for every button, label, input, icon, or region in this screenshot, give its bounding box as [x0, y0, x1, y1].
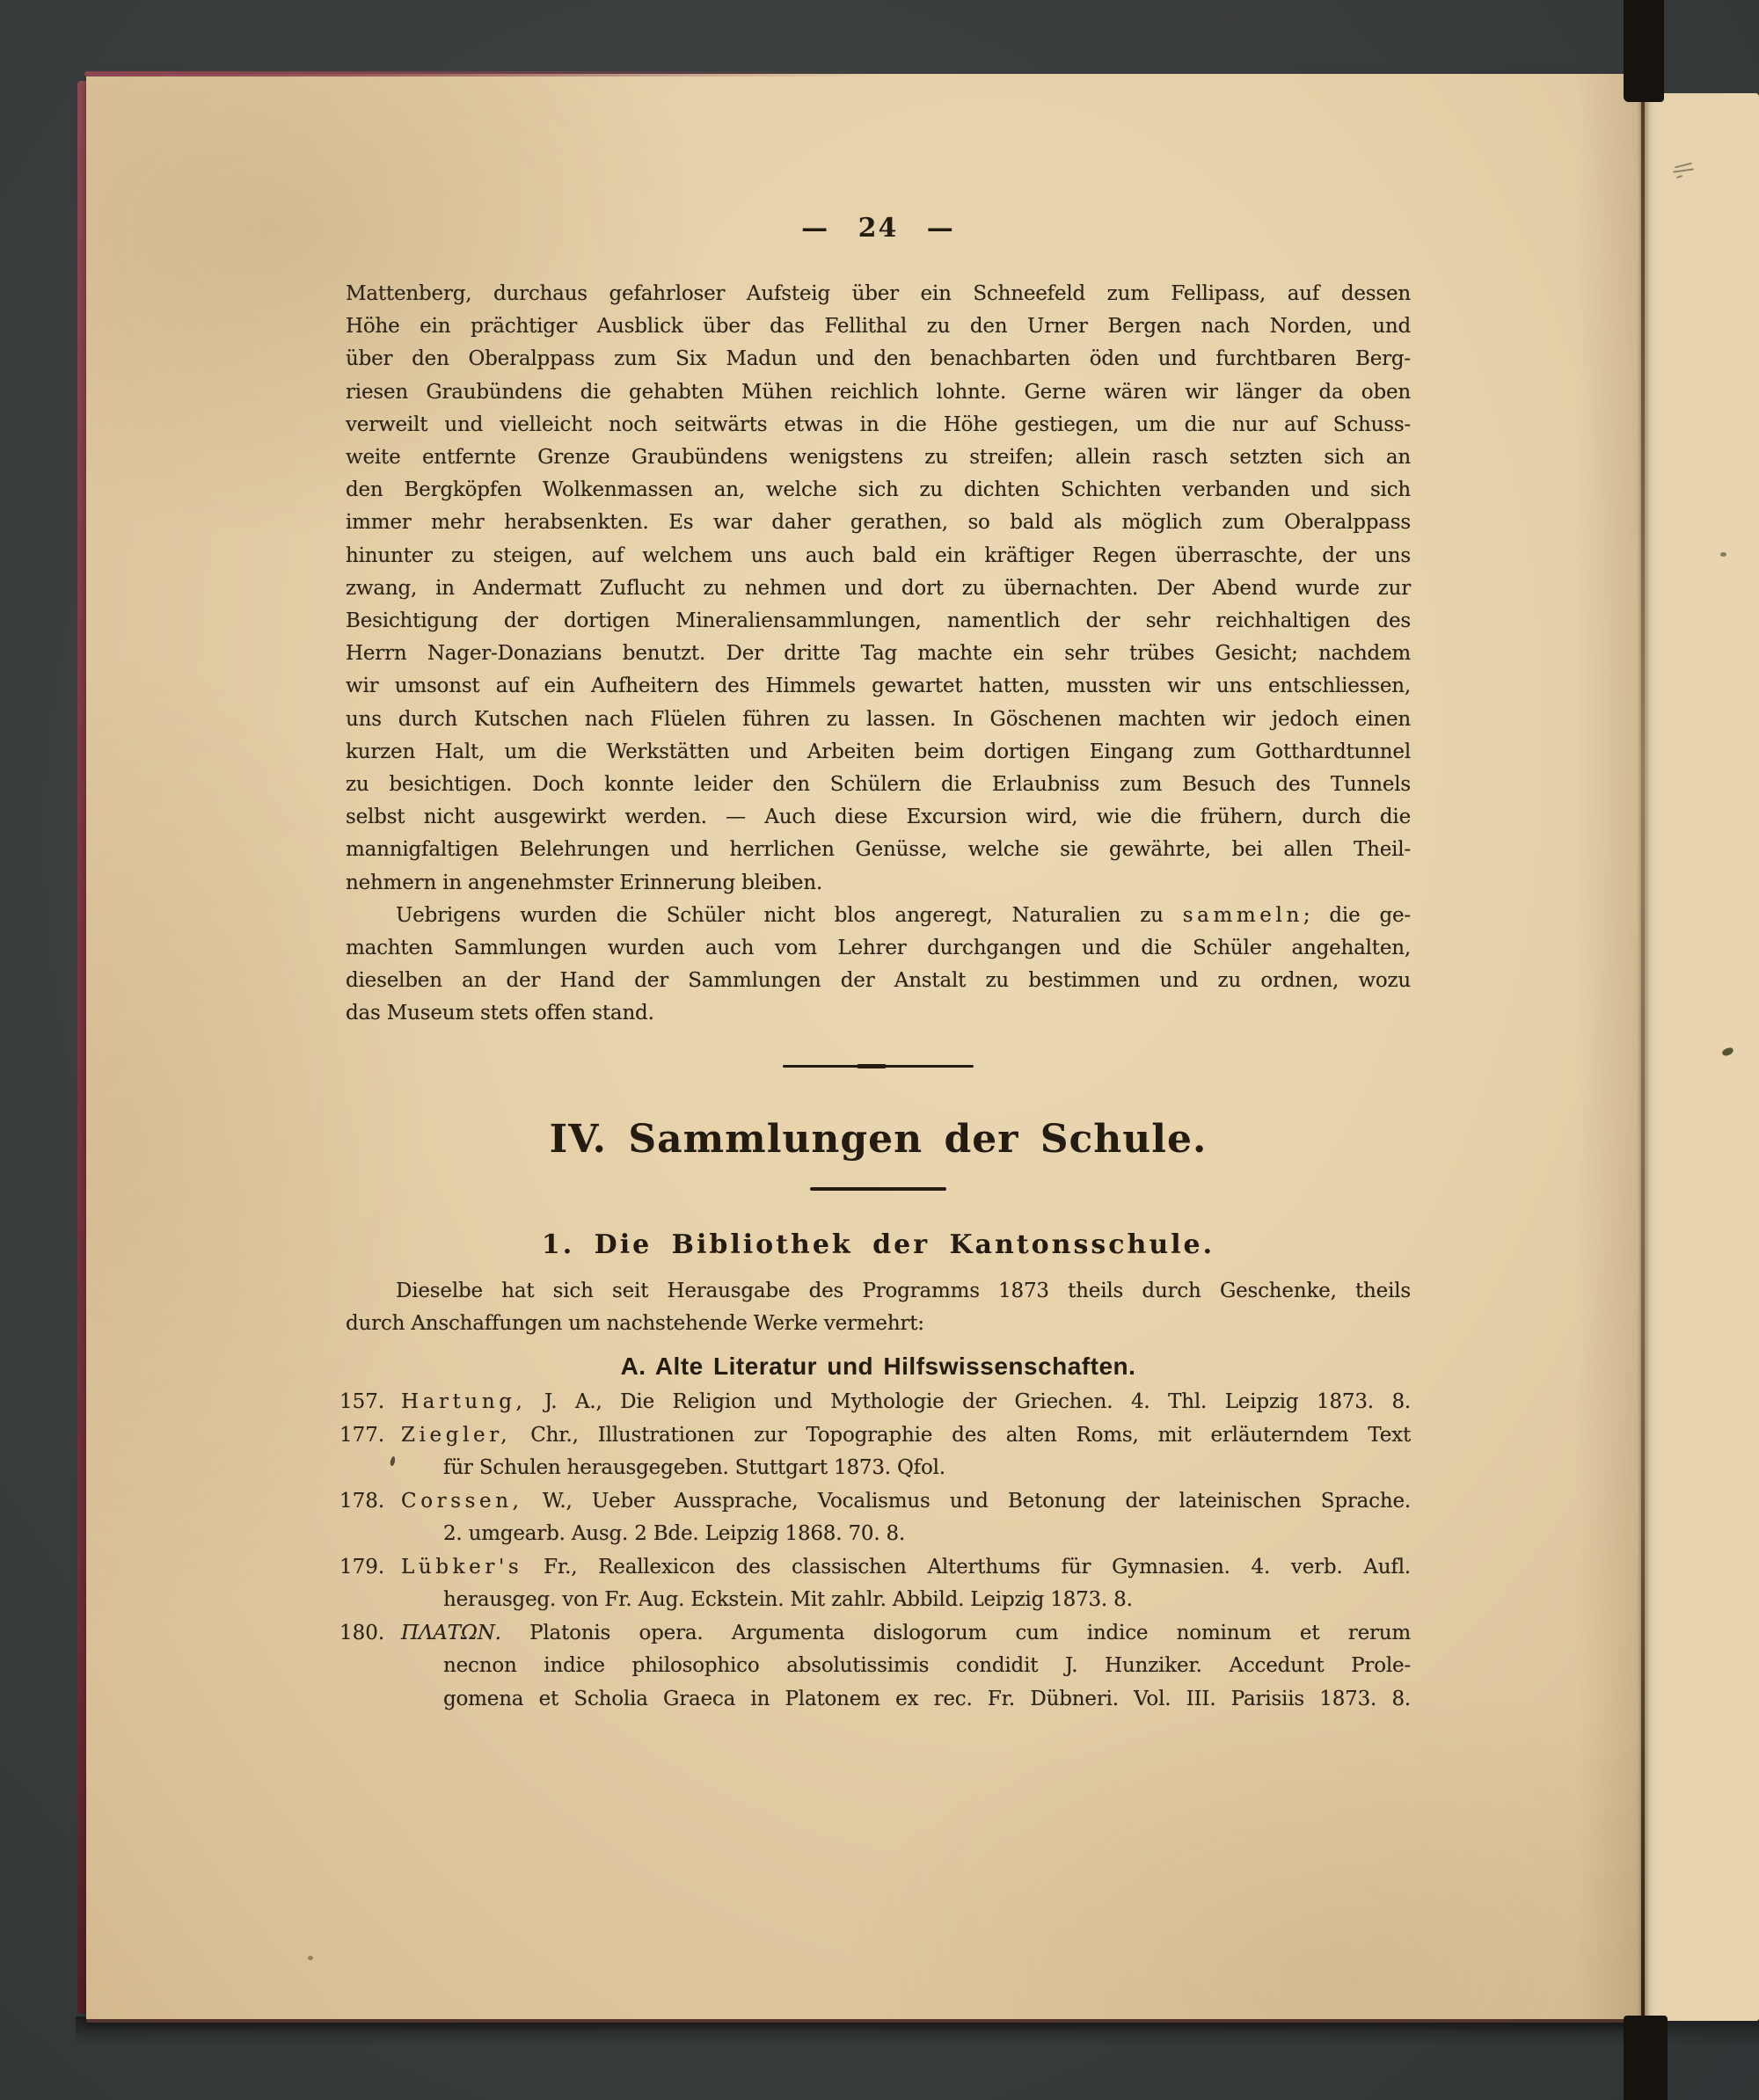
text-line: kurzen Halt, um die Werkstätten und Arbe… — [346, 736, 1411, 769]
page-number: — 24 — — [346, 213, 1411, 244]
paper-speck — [1721, 1046, 1734, 1057]
text-line: über den Oberalppass zum Six Madun und d… — [346, 343, 1411, 376]
text-line: den Bergköpfen Wolkenmassen an, welche s… — [346, 474, 1411, 507]
text-line: hinunter zu steigen, auf welchem uns auc… — [346, 540, 1411, 572]
list-item-line: 180.ΠΛΑΤΩΝ. Platonis opera. Argumenta di… — [339, 1617, 1411, 1651]
heading-underline-rule — [810, 1187, 946, 1191]
text-line: uns durch Kutschen nach Flüelen führen z… — [346, 704, 1411, 736]
list-item-line: 177.Ziegler, Chr., Illustrationen zur To… — [339, 1419, 1411, 1453]
book-strap-bottom — [1624, 2016, 1668, 2100]
pencil-scribble — [1671, 162, 1697, 181]
text-line: Uebrigens wurden die Schüler nicht blos … — [346, 900, 1411, 932]
list-item-line: gomena et Scholia Graeca in Platonem ex … — [339, 1683, 1411, 1717]
text-line: weite entfernte Grenze Graubündens wenig… — [346, 441, 1411, 474]
text-line: Mattenberg, durchaus gefahrloser Aufstei… — [346, 278, 1411, 310]
text-line: durch Anschaffungen um nachstehende Werk… — [346, 1308, 1411, 1340]
text-line: das Museum stets offen stand. — [346, 997, 1411, 1030]
text-line: mannigfaltigen Belehrungen und herrliche… — [346, 834, 1411, 866]
text-line: Besichtigung der dortigen Mineraliensamm… — [346, 605, 1411, 638]
text-line: machten Sammlungen wurden auch vom Lehre… — [346, 932, 1411, 965]
scanned-book-photo: — 24 — Mattenberg, durchaus gefahrloser … — [0, 0, 1759, 2100]
text-line: Dieselbe hat sich seit Herausgabe des Pr… — [346, 1275, 1411, 1308]
category-heading: A. Alte Literatur und Hilfswissenschafte… — [346, 1353, 1411, 1381]
text-line: zwang, in Andermatt Zuflucht zu nehmen u… — [346, 572, 1411, 605]
library-intro: Dieselbe hat sich seit Herausgabe des Pr… — [346, 1275, 1411, 1340]
main-text: Mattenberg, durchaus gefahrloser Aufstei… — [346, 278, 1411, 1031]
red-cover-edge-top — [84, 71, 946, 77]
text-line: dieselben an der Hand der Sammlungen der… — [346, 965, 1411, 997]
list-item-line: 179.Lübker's Fr., Reallexicon des classi… — [339, 1551, 1411, 1585]
text-line: Herrn Nager-Donazians benutzt. Der dritt… — [346, 638, 1411, 670]
list-item-line: necnon indice philosophico absolutissimi… — [339, 1650, 1411, 1683]
paper-speck — [308, 1956, 313, 1960]
subsection-heading: 1. Die Bibliothek der Kantonsschule. — [346, 1229, 1411, 1260]
list-item-line: herausgeg. von Fr. Aug. Eckstein. Mit za… — [339, 1584, 1411, 1617]
item-number: 178. — [339, 1485, 401, 1519]
text-line: immer mehr herabsenkten. Es war daher ge… — [346, 507, 1411, 539]
item-text: Hartung, J. A., Die Religion und Mytholo… — [401, 1390, 1411, 1413]
book-page: — 24 — Mattenberg, durchaus gefahrloser … — [86, 74, 1646, 2023]
paper-speck — [1720, 552, 1726, 557]
item-text: Corssen, W., Ueber Aussprache, Vocalismu… — [401, 1490, 1411, 1513]
text-line: riesen Graubündens die gehabten Mühen re… — [346, 376, 1411, 409]
item-number: 179. — [339, 1551, 401, 1585]
item-number: 157. — [339, 1386, 401, 1419]
text-line: wir umsonst auf ein Aufheitern des Himme… — [346, 670, 1411, 703]
section-heading: IV. Sammlungen der Schule. — [346, 1117, 1411, 1162]
item-number: 180. — [339, 1617, 401, 1651]
item-text: Ziegler, Chr., Illustrationen zur Topogr… — [401, 1424, 1411, 1447]
text-line: selbst nicht ausgewirkt werden. — Auch d… — [346, 801, 1411, 834]
text-line: nehmern in angenehmster Erinnerung bleib… — [346, 867, 1411, 900]
text-line: verweilt und vielleicht noch seitwärts e… — [346, 409, 1411, 441]
section-divider-rule — [783, 1065, 974, 1068]
list-item-line: für Schulen herausgegeben. Stuttgart 187… — [339, 1452, 1411, 1485]
list-item-line: 2. umgearb. Ausg. 2 Bde. Leipzig 1868. 7… — [339, 1518, 1411, 1551]
item-number: 177. — [339, 1419, 401, 1453]
text-line: Höhe ein prächtiger Ausblick über das Fe… — [346, 310, 1411, 343]
item-text: Lübker's Fr., Reallexicon des classische… — [401, 1556, 1411, 1579]
item-text: ΠΛΑΤΩΝ. Platonis opera. Argumenta dislog… — [401, 1622, 1411, 1644]
list-item-line: 178.Corssen, W., Ueber Aussprache, Vocal… — [339, 1485, 1411, 1519]
list-item-line: 157.Hartung, J. A., Die Religion und Myt… — [339, 1386, 1411, 1419]
bibliography-list: 157.Hartung, J. A., Die Religion und Myt… — [339, 1386, 1411, 1716]
page-gutter-crease — [1641, 91, 1645, 2021]
text-line: zu besichtigen. Doch konnte leider den S… — [346, 769, 1411, 801]
book-strap-top — [1624, 0, 1664, 102]
